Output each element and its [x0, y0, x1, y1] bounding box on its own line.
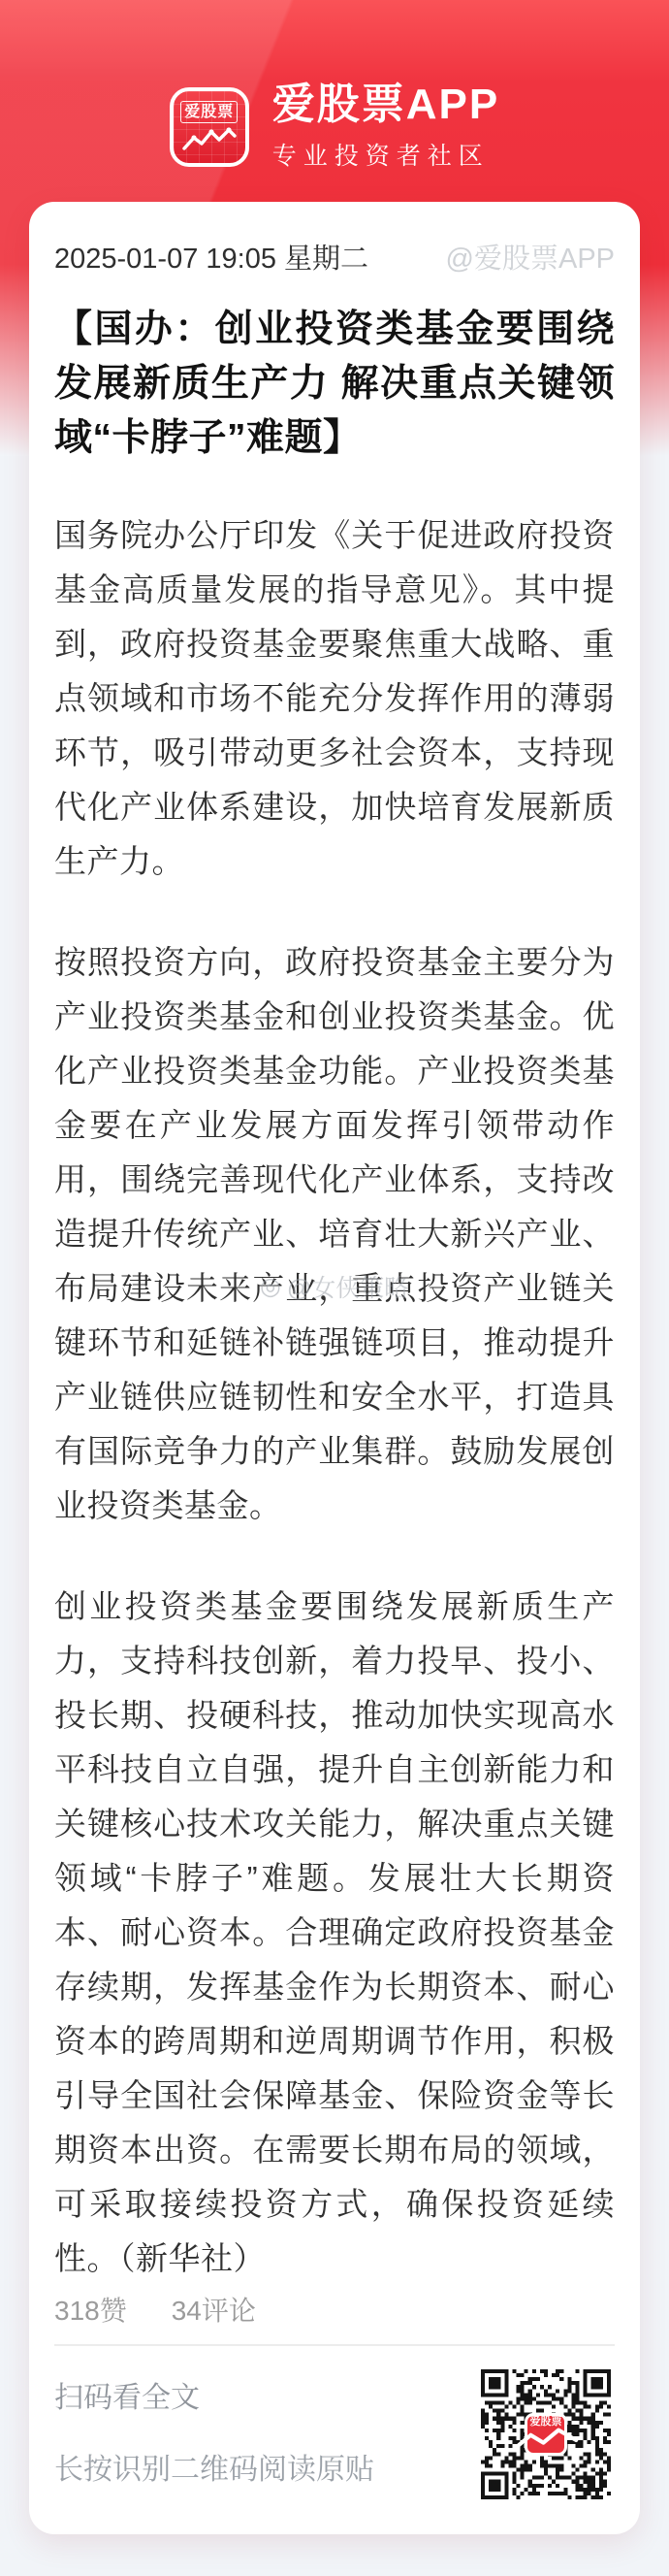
comments-count: 34评论: [172, 2292, 256, 2331]
post-paragraph: 国务院办公厅印发《关于促进政府投资基金高质量发展的指导意见》。其中提到，政府投资…: [54, 508, 615, 889]
qr-center-logo: 爱股票: [525, 2413, 567, 2456]
card-footer: 扫码看全文 长按识别二维码阅读原贴 爱股票: [54, 2346, 615, 2499]
post-paragraph: 创业投资类基金要围绕发展新质生产力，支持科技创新，着力投早、投小、投长期、投硬科…: [54, 1580, 615, 2286]
post-paragraph: 按照投资方向，政府投资基金主要分为产业投资类基金和创业投资类基金。优化产业投资类…: [54, 935, 615, 1533]
longpress-hint: 长按识别二维码阅读原贴: [54, 2445, 374, 2488]
post-title: 【国办：创业投资类基金要围绕发展新质生产力 解决重点关键领域“卡脖子”难题】: [54, 303, 615, 466]
post-stats-row: 318赞 34评论: [54, 2292, 615, 2331]
scan-hint: 扫码看全文: [54, 2373, 374, 2416]
post-meta-row: 2025-01-07 19:05 星期二 @爱股票APP: [54, 243, 615, 276]
likes-count: 318赞: [54, 2292, 127, 2331]
app-title-group: 爱股票APP 专业投资者社区: [272, 82, 499, 172]
app-logo: 爱股票: [170, 87, 249, 167]
qr-logo-text: 爱股票: [530, 2416, 562, 2428]
qr-code[interactable]: 爱股票: [481, 2369, 611, 2499]
post-author-handle: @爱股票APP: [446, 243, 615, 276]
share-card-page: 爱股票 爱股票APP 专业投资者社区 2025-01-07 19:05 星期二 …: [0, 0, 669, 2576]
app-header: 爱股票 爱股票APP 专业投资者社区: [0, 82, 669, 172]
stock-chart-icon: [181, 127, 238, 152]
qr-logo-chart-icon: [481, 2428, 611, 2453]
post-date: 2025-01-07 19:05 星期二: [54, 243, 368, 276]
app-name: 爱股票APP: [272, 82, 499, 128]
post-card: 2025-01-07 19:05 星期二 @爱股票APP 【国办：创业投资类基金…: [29, 202, 640, 2534]
footer-hints: 扫码看全文 长按识别二维码阅读原贴: [54, 2373, 374, 2495]
app-tagline: 专业投资者社区: [272, 137, 499, 172]
app-logo-text: 爱股票: [180, 101, 238, 123]
